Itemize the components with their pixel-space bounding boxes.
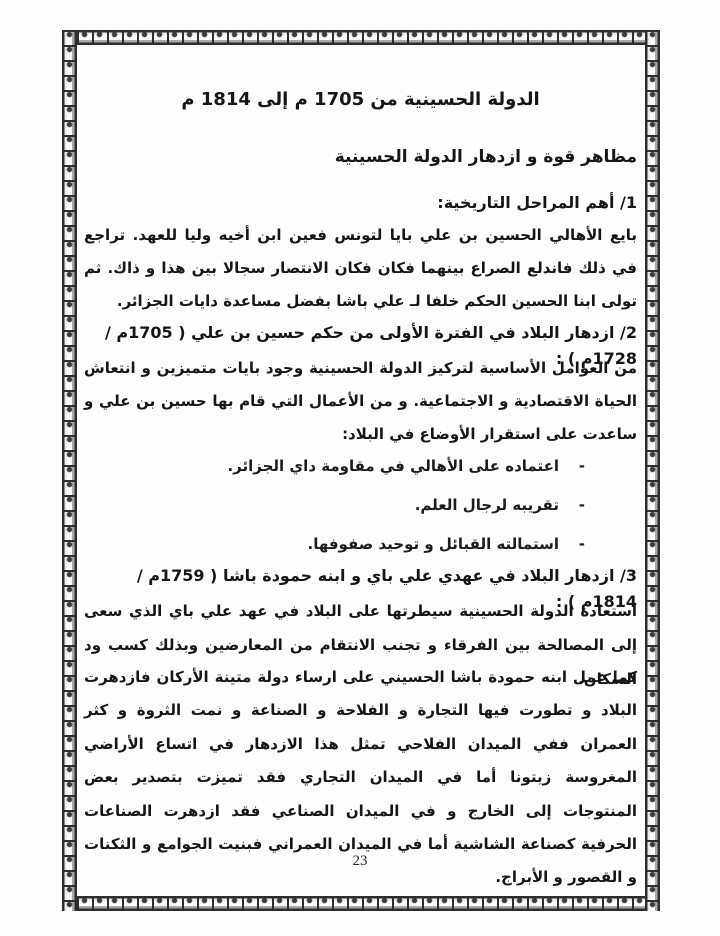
page-number: 23: [0, 853, 720, 870]
border-right-strip: [645, 30, 660, 911]
document-title: الدولة الحسينية من 1705 م إلى 1814 م: [84, 86, 637, 114]
section-1-paragraph: بايع الأهالي الحسين بن علي بايا لتونس فع…: [84, 219, 637, 318]
list-item-text: اعتماده على الأهالي في مقاومة داي الجزائ…: [227, 451, 559, 481]
border-bottom-strip: [62, 896, 660, 911]
section-1-heading: 1/ أهم المراحل التاريخية:: [84, 190, 637, 216]
list-item: - تقريبه لرجال العلم.: [84, 490, 585, 529]
document-subtitle: مظاهر قوة و ازدهار الدولة الحسينية: [84, 144, 637, 170]
list-item-text: تقريبه لرجال العلم.: [415, 490, 559, 520]
dash-bullet-icon: -: [559, 490, 585, 520]
document-page: الدولة الحسينية من 1705 م إلى 1814 م مظا…: [0, 0, 720, 936]
dash-bullet-icon: -: [559, 529, 585, 559]
bullet-list: - اعتماده على الأهالي في مقاومة داي الجز…: [84, 451, 637, 568]
border-top-strip: [62, 30, 660, 45]
border-left-strip: [62, 30, 77, 911]
dash-bullet-icon: -: [559, 451, 585, 481]
section-2-paragraph: من العوامل الأساسية لتركيز الدولة الحسين…: [84, 352, 637, 451]
list-item-text: استمالته القبائل و توحيد صفوفها.: [308, 529, 560, 559]
list-item: - اعتماده على الأهالي في مقاومة داي الجز…: [84, 451, 585, 490]
